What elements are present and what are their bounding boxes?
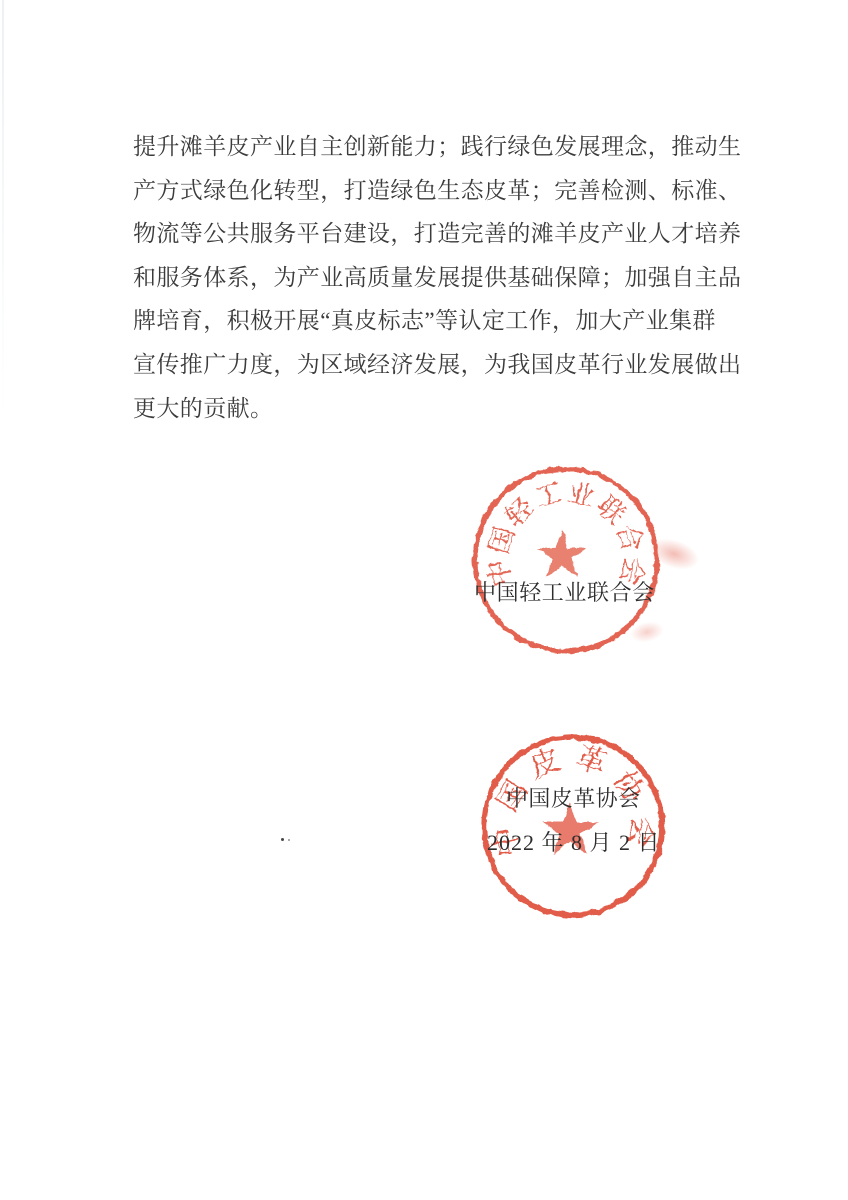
signature-org-leather-association: 中国皮革协会: [506, 782, 640, 813]
signature-org-light-industry-council: 中国轻工业联合会: [474, 576, 655, 607]
official-seal-light-industry-council: 中国轻工业联合会: [461, 455, 671, 665]
svg-text:中国轻工业联合会: 中国轻工业联合会: [483, 477, 650, 589]
paragraph-line: 物流等公共服务平台建设，打造完善的滩羊皮产业人才培养: [133, 212, 745, 256]
seal-arc-text: 中国轻工业联合会: [483, 477, 650, 589]
paragraph-line: 产方式绿色化转型，打造绿色生态皮革；完善检测、标准、: [133, 169, 745, 213]
paragraph-line: 宣传推广力度，为区域经济发展，为我国皮革行业发展做出: [133, 343, 745, 387]
scan-edge-artifact: [2, 0, 4, 420]
paragraph-line: 更大的贡献。: [133, 387, 745, 431]
star-icon: [537, 530, 586, 577]
paragraph-line: 和服务体系，为产业高质量发展提供基础保障；加强自主品: [133, 256, 745, 300]
paragraph-line: 牌培育，积极开展“真皮标志”等认定工作，加大产业集群: [133, 299, 745, 343]
document-page: 提升滩羊皮产业自主创新能力；践行绿色发展理念，推动生 产方式绿色化转型，打造绿色…: [0, 0, 848, 1200]
body-paragraph: 提升滩羊皮产业自主创新能力；践行绿色发展理念，推动生 产方式绿色化转型，打造绿色…: [133, 125, 745, 430]
ink-speck: [288, 839, 290, 841]
signature-date: 2022 年 8 月 2 日: [487, 826, 661, 857]
ink-speck: [281, 838, 284, 841]
paragraph-line: 提升滩羊皮产业自主创新能力；践行绿色发展理念，推动生: [133, 125, 745, 169]
